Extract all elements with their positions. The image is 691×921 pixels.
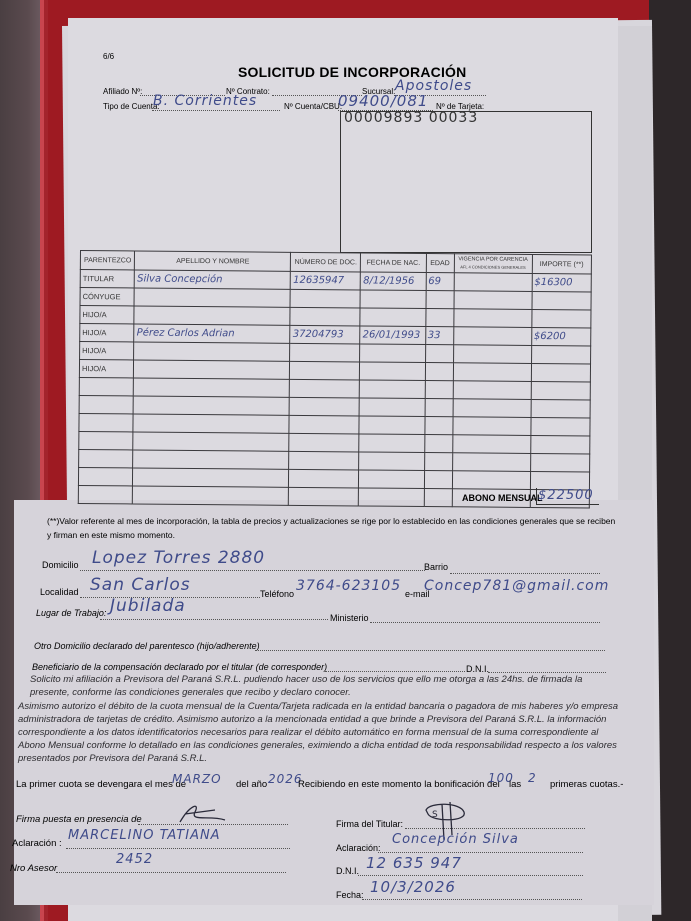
cell-parentezco [79, 413, 134, 431]
cell-nombre[interactable] [133, 468, 289, 487]
aclaracion-right-value[interactable]: Concepción Silva [392, 832, 519, 847]
cell-nombre[interactable] [133, 396, 289, 415]
abono-value[interactable]: $22500 [538, 488, 594, 503]
cell-edad[interactable] [425, 363, 453, 381]
cell-edad[interactable] [425, 399, 453, 417]
cell-edad[interactable] [426, 291, 454, 309]
cell-parentezco [79, 431, 134, 449]
trabajo-value[interactable]: Jubilada [110, 596, 186, 616]
cuenta-cbu-value[interactable]: 09400/081 [338, 92, 428, 110]
beneficiario-field[interactable] [325, 671, 465, 672]
cell-nombre[interactable] [133, 414, 289, 433]
cell-edad[interactable] [424, 453, 452, 471]
card-number-box [340, 111, 592, 253]
svg-text:S: S [432, 810, 438, 820]
col-parentezco: PARENTEZCO [80, 251, 135, 270]
telefono-value[interactable]: 3764-623105 [296, 578, 401, 594]
cell-edad[interactable] [424, 489, 452, 507]
asesor-label: Nro Asesor [10, 863, 57, 874]
witness-signature [165, 800, 235, 828]
dni-underline [358, 875, 583, 876]
cell-nombre[interactable] [133, 450, 289, 469]
cell-nombre[interactable] [134, 360, 290, 379]
cell-nombre[interactable] [134, 306, 290, 325]
cell-nombre[interactable] [134, 342, 290, 361]
cell-vigencia[interactable] [454, 291, 532, 310]
barrio-field[interactable] [450, 573, 600, 574]
family-table: PARENTEZCO APELLIDO Y NOMBRE NÚMERO DE D… [78, 250, 592, 508]
cell-nombre[interactable] [133, 432, 289, 451]
cell-parentezco [79, 377, 134, 395]
cell-doc[interactable] [289, 415, 359, 434]
asesor-value[interactable]: 2452 [116, 852, 153, 867]
col-fecha: FECHA DE NAC. [361, 253, 426, 273]
aclaracion-left-underline [66, 848, 290, 849]
aclaracion-left-value[interactable]: MARCELINO TATIANA [68, 828, 221, 843]
cell-vigencia[interactable] [453, 309, 531, 328]
cell-vigencia[interactable] [452, 453, 530, 472]
cell-vigencia[interactable] [452, 435, 530, 454]
presencia-label: Firma puesta en presencia de [16, 814, 142, 825]
cell-fecha[interactable] [360, 380, 425, 399]
cuota-cantidad[interactable]: 2 [528, 771, 537, 785]
cell-parentezco: TITULAR [80, 270, 135, 288]
fecha-label: Fecha: [336, 890, 364, 900]
aclaracion-left-label: Aclaración : [12, 838, 62, 849]
cell-fecha[interactable] [359, 452, 424, 471]
cell-parentezco [79, 449, 134, 467]
otro-domicilio-label: Otro Domicilio declarado del parentesco … [34, 641, 260, 651]
tipo-cuenta-value[interactable]: B. Corrientes [153, 93, 257, 109]
dni-value[interactable]: 12 635 947 [366, 854, 462, 872]
cell-doc[interactable] [290, 289, 360, 308]
col-edad: EDAD [426, 254, 454, 273]
cell-importe[interactable] [531, 417, 591, 436]
cell-importe[interactable] [532, 291, 592, 310]
cuenta-cbu-label: Nº Cuenta/CBU: [284, 102, 342, 111]
cell-fecha[interactable] [360, 362, 425, 381]
fecha-underline [362, 899, 582, 900]
cell-fecha[interactable] [359, 416, 424, 435]
cell-edad[interactable]: 69 [426, 273, 454, 291]
cell-parentezco: HIJO/A [80, 306, 135, 324]
barrio-label: Barrio [424, 562, 448, 572]
cell-vigencia[interactable] [453, 363, 531, 382]
cell-parentezco [79, 395, 134, 413]
cell-importe[interactable] [531, 381, 591, 400]
afiliado-label: Afiliado Nº: [103, 87, 142, 96]
cell-fecha[interactable] [359, 470, 424, 489]
cell-parentezco [78, 485, 133, 503]
otro-domicilio-field[interactable] [255, 650, 605, 651]
cell-fecha[interactable] [360, 308, 425, 327]
cuota-mid: Recibiendo en este momento la bonificaci… [298, 779, 500, 790]
cell-edad[interactable]: 33 [425, 327, 453, 345]
cell-fecha[interactable]: 26/01/1993 [360, 326, 425, 345]
localidad-label: Localidad [40, 587, 79, 597]
cell-vigencia[interactable] [453, 399, 531, 418]
cell-nombre[interactable]: Pérez Carlos Adrian [134, 324, 290, 343]
cuota-suffix: primeras cuotas.- [550, 779, 623, 790]
cell-edad[interactable] [425, 309, 453, 327]
cuota-las-label: las [509, 779, 521, 790]
col-doc: NÚMERO DE DOC. [291, 252, 361, 272]
cell-doc[interactable] [289, 433, 359, 452]
cell-nombre[interactable] [133, 486, 289, 505]
cell-importe[interactable] [531, 399, 591, 418]
titular-label: Firma del Titular: [336, 819, 403, 829]
fecha-value[interactable]: 10/3/2026 [370, 878, 456, 896]
cell-vigencia[interactable] [454, 273, 532, 292]
cell-importe[interactable] [530, 435, 590, 454]
cuota-mes[interactable]: MARZO [172, 772, 222, 786]
col-nombre: APELLIDO Y NOMBRE [135, 251, 291, 271]
aclaracion-right-underline [378, 852, 583, 853]
cell-fecha[interactable] [359, 488, 424, 507]
note-line1: (**)Valor referente al mes de incorporac… [47, 516, 615, 526]
tarjeta-value[interactable]: 00009893 00033 [344, 110, 478, 126]
cell-edad[interactable] [425, 381, 453, 399]
cell-doc[interactable] [290, 343, 360, 362]
email-value[interactable]: Concep781@gmail.com [424, 578, 609, 594]
cell-importe[interactable]: $6200 [531, 327, 591, 346]
trabajo-label: Lugar de Trabajo: [36, 608, 106, 618]
col-vigencia: VIGENCIA POR CARENCIAAFL 4 CONDICIONES G… [454, 254, 532, 274]
cell-edad[interactable] [425, 345, 453, 363]
tipo-cuenta-underline [152, 110, 280, 111]
cell-edad[interactable] [424, 417, 452, 435]
cell-vigencia[interactable] [453, 381, 531, 400]
telefono-label: Teléfono [260, 589, 294, 599]
cell-vigencia[interactable] [453, 327, 531, 346]
cell-nombre[interactable]: Silva Concepción [135, 270, 291, 289]
cell-parentezco [78, 467, 133, 485]
trabajo-underline [100, 619, 328, 620]
vigencia-subtitle: AFL 4 CONDICIONES GENERALES [456, 263, 529, 271]
cell-parentezco: CÓNYUGE [80, 288, 135, 306]
ministerio-field[interactable] [370, 622, 600, 623]
cell-vigencia[interactable] [452, 471, 530, 490]
cell-doc[interactable]: 37204793 [290, 325, 360, 344]
page-number: 6/6 [103, 52, 114, 61]
dni-label: D.N.I. [336, 866, 359, 876]
asesor-underline [56, 872, 286, 873]
cell-doc[interactable] [290, 307, 360, 326]
solicito-paragraph: Solicito mi afiliación a Previsora del P… [30, 673, 622, 699]
note-line2: y firman en este mismo momento. [47, 530, 175, 540]
cell-doc[interactable] [289, 469, 359, 488]
cell-doc[interactable] [289, 487, 359, 506]
ministerio-label: Ministerio [330, 613, 369, 623]
cell-nombre[interactable] [134, 378, 290, 397]
cell-fecha[interactable] [360, 344, 425, 363]
beneficiario-label: Beneficiario de la compensación declarad… [32, 662, 327, 672]
cell-vigencia[interactable] [453, 417, 531, 436]
asimismo-paragraph: Asimismo autorizo el débito de la cuota … [18, 700, 628, 765]
cell-vigencia[interactable] [453, 345, 531, 364]
cuota-prefix: La primer cuota se devengara el mes de [16, 779, 186, 790]
cell-edad[interactable] [424, 471, 452, 489]
abono-label: ABONO MENSUAL [462, 493, 543, 503]
cell-doc[interactable] [289, 451, 359, 470]
cell-doc[interactable] [290, 397, 360, 416]
localidad-value[interactable]: San Carlos [90, 575, 191, 595]
aclaracion-right-label: Aclaración: [336, 843, 381, 853]
cell-importe[interactable] [531, 309, 591, 328]
domicilio-value[interactable]: Lopez Torres 2880 [92, 548, 265, 568]
cell-fecha[interactable]: 8/12/1956 [361, 272, 426, 291]
vigencia-title: VIGENCIA POR CARENCIA [458, 256, 527, 263]
cuota-anio-label: del año [236, 779, 267, 790]
domicilio-underline [80, 570, 425, 571]
cell-fecha[interactable] [360, 290, 425, 309]
domicilio-label: Domicilio [42, 560, 79, 570]
cell-doc[interactable]: 12635947 [291, 271, 361, 290]
cell-importe[interactable] [531, 363, 591, 382]
cell-importe[interactable]: $16300 [532, 273, 592, 292]
cell-importe[interactable] [531, 345, 591, 364]
cell-importe[interactable] [530, 453, 590, 472]
col-importe: IMPORTE (**) [532, 254, 592, 274]
cell-fecha[interactable] [359, 398, 424, 417]
cell-parentezco: HIJO/A [79, 360, 134, 378]
cell-parentezco: HIJO/A [80, 324, 135, 342]
cell-fecha[interactable] [359, 434, 424, 453]
cell-doc[interactable] [290, 379, 360, 398]
cell-nombre[interactable] [134, 288, 290, 307]
cell-edad[interactable] [424, 435, 452, 453]
cell-parentezco: HIJO/A [80, 342, 135, 360]
cell-doc[interactable] [290, 361, 360, 380]
